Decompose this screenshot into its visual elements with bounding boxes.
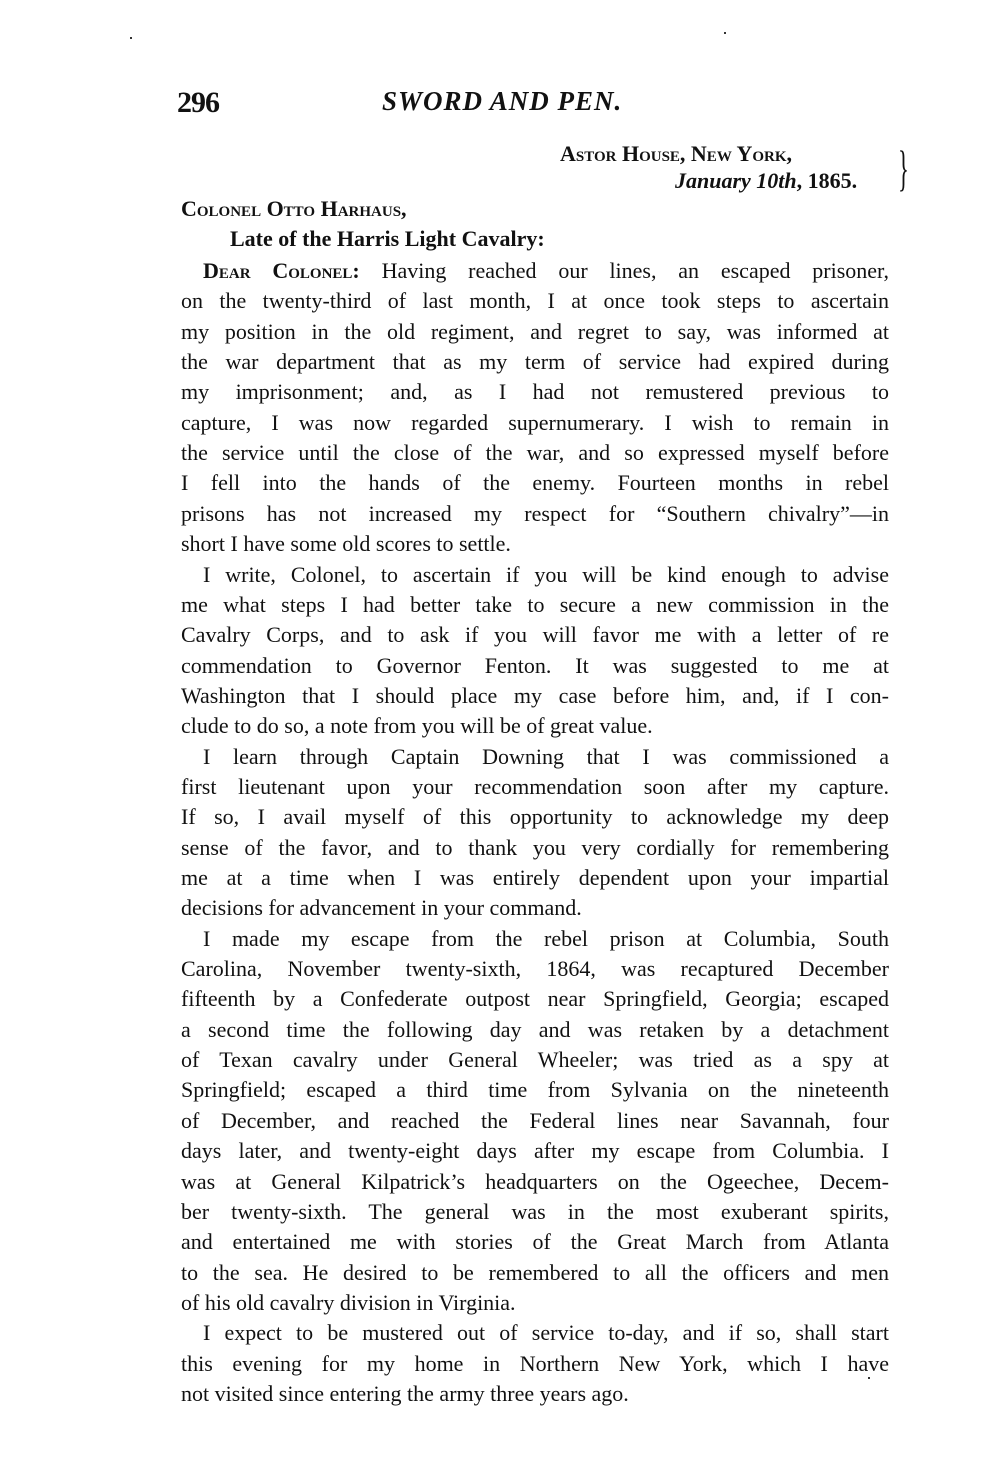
text-line: Cavalry Corps, and to ask if you will fa… xyxy=(181,621,889,651)
text-line: fifteenth by a Confederate outpost near … xyxy=(181,985,889,1015)
letter-greeting: Dear Colonel: xyxy=(203,258,382,283)
text-line-content: Cavalry Corps, and to ask if you will fa… xyxy=(181,621,889,649)
text-line-content: the service until the close of the war, … xyxy=(181,439,889,467)
text-line-content: was at General Kilpatrick’s headquarters… xyxy=(181,1168,889,1196)
text-line: I expect to be mustered out of service t… xyxy=(203,1319,889,1349)
text-line-content: I fell into the hands of the enemy. Four… xyxy=(181,469,889,497)
text-line-content: Dear Colonel: Having reached our lines, … xyxy=(203,257,889,285)
text-line: the service until the close of the war, … xyxy=(181,439,889,469)
dateline-year: , 1865. xyxy=(797,168,858,193)
scanned-book-page: 296 SWORD AND PEN. Astor House, New York… xyxy=(0,0,1000,1474)
text-line-content: a second time the following day and was … xyxy=(181,1016,889,1044)
text-line-content: ber twenty-sixth. The general was in the… xyxy=(181,1198,889,1226)
text-line: Carolina, November twenty-sixth, 1864, w… xyxy=(181,955,889,985)
scan-speck xyxy=(130,37,132,39)
text-line: my position in the old regiment, and reg… xyxy=(181,318,889,348)
text-line-content: first lieutenant upon your recommendatio… xyxy=(181,773,889,801)
text-line: I write, Colonel, to ascertain if you wi… xyxy=(203,561,889,591)
text-line: days later, and twenty-eight days after … xyxy=(181,1137,889,1167)
text-line: of his old cavalry division in Virginia. xyxy=(181,1289,889,1319)
text-line-content: I expect to be mustered out of service t… xyxy=(203,1319,889,1347)
text-line: first lieutenant upon your recommendatio… xyxy=(181,773,889,803)
text-line-content: the war department that as my term of se… xyxy=(181,348,889,376)
text-line-content: this evening for my home in Northern New… xyxy=(181,1350,889,1378)
text-line: to the sea. He desired to be remembered … xyxy=(181,1259,889,1289)
letter-dateline: Astor House, New York, January 10th, 186… xyxy=(560,140,905,194)
text-line: me at a time when I was entirely depende… xyxy=(181,864,889,894)
text-line-content: on the twenty-third of last month, I at … xyxy=(181,287,889,315)
text-line: decisions for advancement in your comman… xyxy=(181,894,889,924)
text-line-content: clude to do so, a note from you will be … xyxy=(181,712,889,740)
text-line: not visited since entering the army thre… xyxy=(181,1380,889,1410)
text-line: If so, I avail myself of this opportunit… xyxy=(181,803,889,833)
text-line: capture, I was now regarded supernumerar… xyxy=(181,409,889,439)
text-line-content: commendation to Governor Fenton. It was … xyxy=(181,652,889,680)
text-line-content: prisons has not increased my respect for… xyxy=(181,500,889,528)
text-line-content: sense of the favor, and to thank you ver… xyxy=(181,834,889,862)
page-number: 296 xyxy=(177,86,219,120)
text-line-content: capture, I was now regarded supernumerar… xyxy=(181,409,889,437)
text-line-content: my imprisonment; and, as I had not remus… xyxy=(181,378,889,406)
text-line: sense of the favor, and to thank you ver… xyxy=(181,834,889,864)
text-line-content: I made my escape from the rebel prison a… xyxy=(203,925,889,953)
text-line: I fell into the hands of the enemy. Four… xyxy=(181,469,889,499)
text-line-content: I learn through Captain Downing that I w… xyxy=(203,743,889,771)
text-line-content: If so, I avail myself of this opportunit… xyxy=(181,803,889,831)
text-line-content: of Texan cavalry under General Wheeler; … xyxy=(181,1046,889,1074)
text-line-content: fifteenth by a Confederate outpost near … xyxy=(181,985,889,1013)
text-line-content: me at a time when I was entirely depende… xyxy=(181,864,889,892)
running-title: SWORD AND PEN. xyxy=(382,86,622,117)
text-line: me what steps I had better take to secur… xyxy=(181,591,889,621)
scan-speck xyxy=(724,32,726,34)
text-line: Dear Colonel: Having reached our lines, … xyxy=(203,257,889,287)
text-line-content: me what steps I had better take to secur… xyxy=(181,591,889,619)
text-line-content: days later, and twenty-eight days after … xyxy=(181,1137,889,1165)
text-line: short I have some old scores to settle. xyxy=(181,530,889,560)
text-line-content: Springfield; escaped a third time from S… xyxy=(181,1076,889,1104)
text-line-content: Carolina, November twenty-sixth, 1864, w… xyxy=(181,955,889,983)
text-line: ber twenty-sixth. The general was in the… xyxy=(181,1198,889,1228)
text-line: of December, and reached the Federal lin… xyxy=(181,1107,889,1137)
text-line-content: Washington that I should place my case b… xyxy=(181,682,889,710)
text-line: a second time the following day and was … xyxy=(181,1016,889,1046)
text-line: Springfield; escaped a third time from S… xyxy=(181,1076,889,1106)
text-line-content: of his old cavalry division in Virginia. xyxy=(181,1289,889,1317)
letter-affiliation: Late of the Harris Light Cavalry: xyxy=(230,226,545,252)
letter-addressee: Colonel Otto Harhaus, xyxy=(181,196,407,222)
text-line: prisons has not increased my respect for… xyxy=(181,500,889,530)
text-line: on the twenty-third of last month, I at … xyxy=(181,287,889,317)
dateline-day: 10th xyxy=(756,168,796,193)
scan-speck xyxy=(868,1377,870,1379)
text-line: this evening for my home in Northern New… xyxy=(181,1350,889,1380)
text-line-content: of December, and reached the Federal lin… xyxy=(181,1107,889,1135)
text-line: I made my escape from the rebel prison a… xyxy=(203,925,889,955)
text-line: was at General Kilpatrick’s headquarters… xyxy=(181,1168,889,1198)
text-line-content: decisions for advancement in your comman… xyxy=(181,894,889,922)
text-line-content: my position in the old regiment, and reg… xyxy=(181,318,889,346)
text-line-content: short I have some old scores to settle. xyxy=(181,530,889,558)
text-line: I learn through Captain Downing that I w… xyxy=(203,743,889,773)
text-line-content: to the sea. He desired to be remembered … xyxy=(181,1259,889,1287)
dateline-date: January 10th, 1865. xyxy=(560,167,905,194)
dateline-month: January xyxy=(675,168,751,193)
brace-glyph: } xyxy=(898,143,909,193)
text-line-content: I write, Colonel, to ascertain if you wi… xyxy=(203,561,889,589)
text-line: and entertained me with stories of the G… xyxy=(181,1228,889,1258)
text-line: my imprisonment; and, as I had not remus… xyxy=(181,378,889,408)
text-line: Washington that I should place my case b… xyxy=(181,682,889,712)
dateline-place: Astor House, New York, xyxy=(560,140,905,167)
text-line-content: not visited since entering the army thre… xyxy=(181,1380,889,1408)
text-line-content: and entertained me with stories of the G… xyxy=(181,1228,889,1256)
text-line: clude to do so, a note from you will be … xyxy=(181,712,889,742)
text-line: the war department that as my term of se… xyxy=(181,348,889,378)
text-line: commendation to Governor Fenton. It was … xyxy=(181,652,889,682)
text-line: of Texan cavalry under General Wheeler; … xyxy=(181,1046,889,1076)
